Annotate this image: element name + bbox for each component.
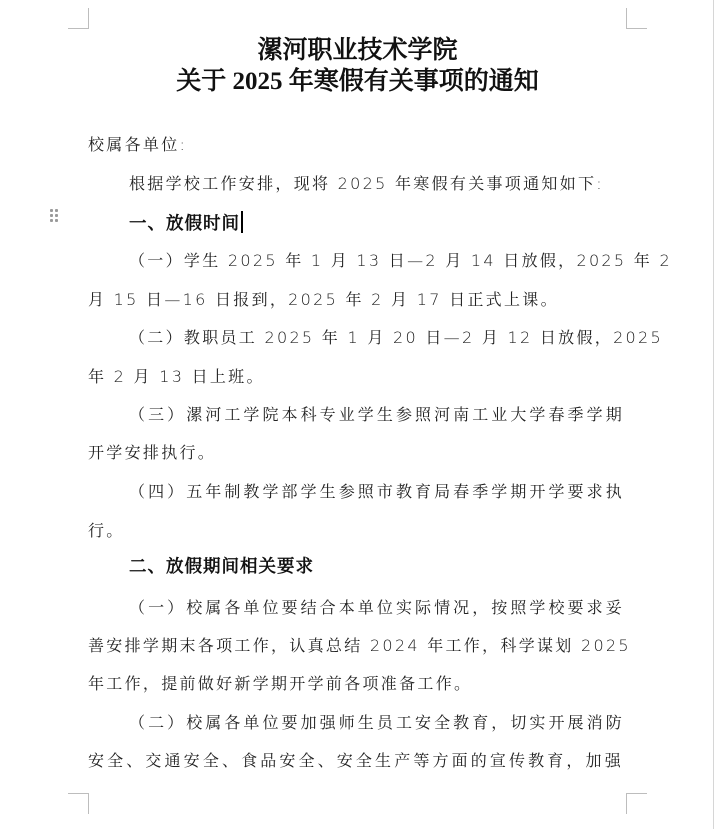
paragraph-line: 开学安排执行。	[88, 442, 628, 464]
section-heading-2: 二、放假期间相关要求	[129, 556, 669, 578]
paragraph-line: （二）校属各单位要加强师生员工安全教育，切实开展消防	[129, 712, 624, 734]
paragraph-line: 行。	[88, 520, 628, 542]
paragraph-line: 年工作，提前做好新学期开学前各项准备工作。	[88, 673, 628, 695]
drag-handle-icon[interactable]	[50, 209, 60, 225]
paragraph-line: 年 2 月 13 日上班。	[88, 366, 628, 388]
paragraph-line: （四）五年制教学部学生参照市教育局春季学期开学要求执	[129, 481, 624, 503]
margin-corner-mark-bottom-left	[68, 793, 89, 814]
document-page[interactable]: 漯河职业技术学院 关于 2025 年寒假有关事项的通知 校属各单位: 根据学校工…	[0, 0, 714, 829]
paragraph-line: （二）教职员工 2025 年 1 月 20 日—2 月 12 日放假，2025	[129, 327, 624, 349]
intro-paragraph: 根据学校工作安排，现将 2025 年寒假有关事项通知如下:	[129, 173, 669, 195]
paragraph-line: （一）校属各单位要结合本单位实际情况，按照学校要求妥	[129, 597, 624, 619]
paragraph-line: （三）漯河工学院本科专业学生参照河南工业大学春季学期	[129, 404, 624, 426]
salutation: 校属各单位:	[88, 134, 628, 156]
section-heading-1: 一、放假时间	[129, 211, 669, 235]
paragraph-line: 安全、交通安全、食品安全、安全生产等方面的宣传教育，加强	[88, 750, 623, 772]
margin-corner-mark-top-left	[68, 8, 89, 29]
document-title-line2: 关于 2025 年寒假有关事项的通知	[0, 61, 715, 97]
paragraph-line: （一）学生 2025 年 1 月 13 日—2 月 14 日放假，2025 年 …	[129, 250, 624, 272]
text-cursor	[241, 211, 243, 233]
paragraph-line: 善安排学期末各项工作，认真总结 2024 年工作，科学谋划 2025	[88, 635, 623, 657]
paragraph-line: 月 15 日—16 日报到，2025 年 2 月 17 日正式上课。	[88, 289, 628, 311]
margin-corner-mark-top-right	[626, 8, 647, 29]
margin-corner-mark-bottom-right	[626, 793, 647, 814]
section-heading-1-text: 一、放假时间	[129, 214, 240, 234]
